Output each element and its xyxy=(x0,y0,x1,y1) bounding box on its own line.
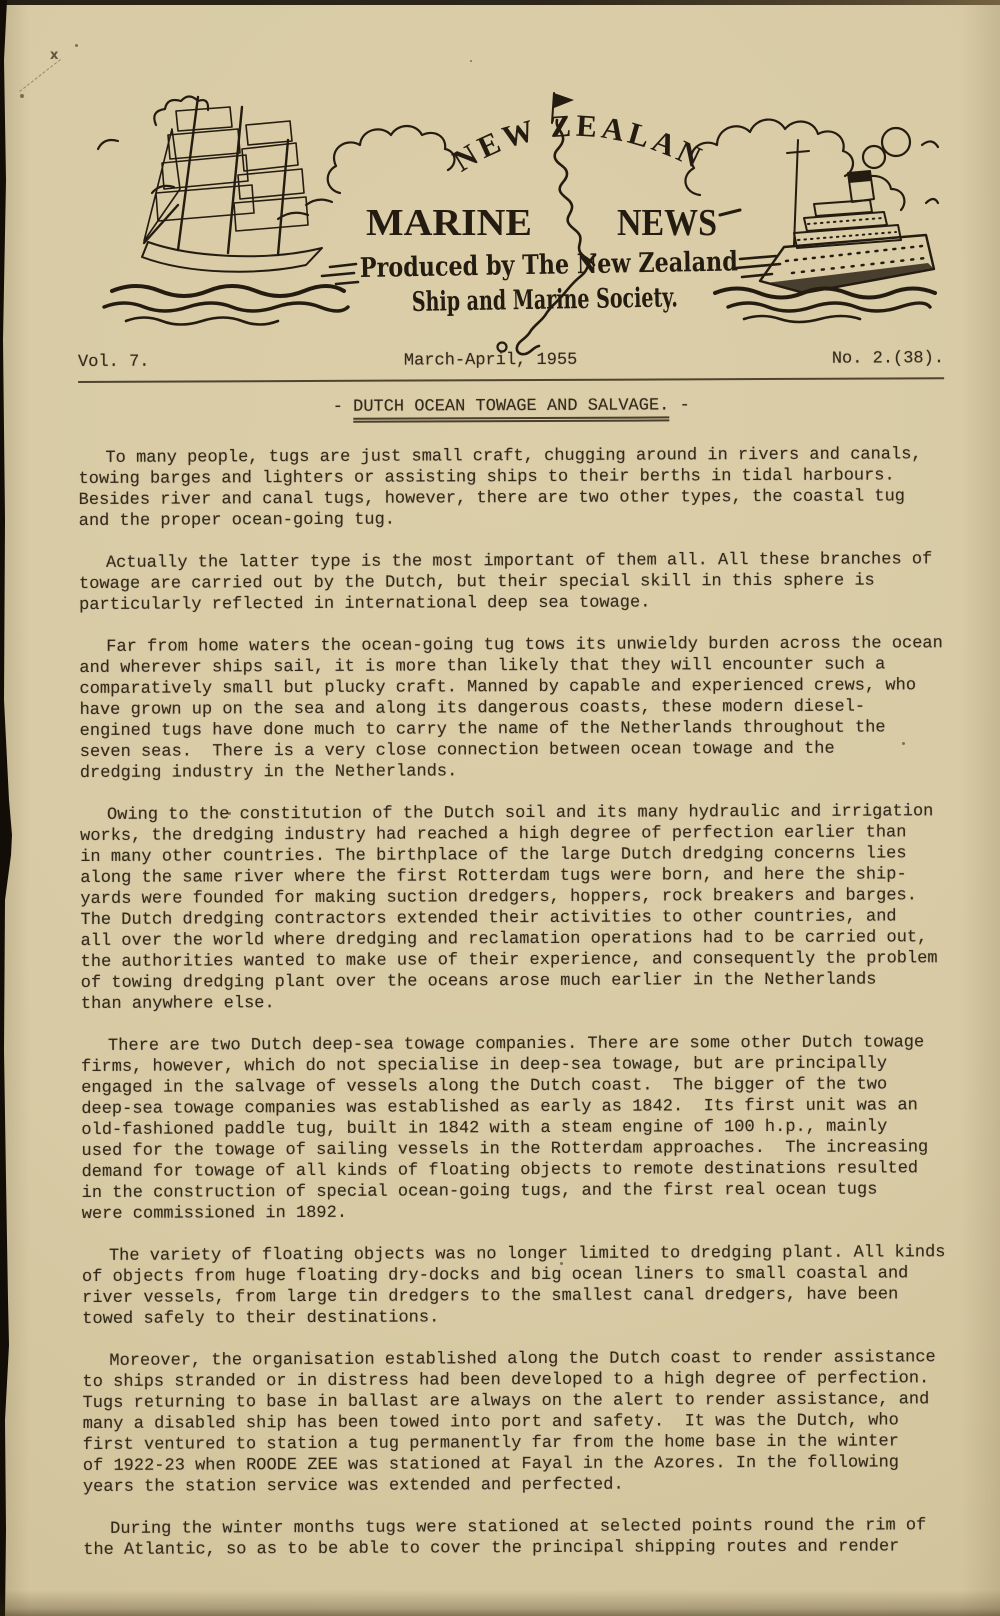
masthead-byline-2: Ship and Marine Society. xyxy=(412,282,679,318)
sailing-ship-drawing xyxy=(104,97,348,325)
text-line: seven seas. There is a very close connec… xyxy=(80,738,946,763)
text-line: towed safely to their destinations. xyxy=(82,1305,948,1330)
paragraph: Moreover, the organisation established a… xyxy=(82,1347,949,1498)
paper-speck xyxy=(470,60,472,62)
document-page: x xyxy=(0,0,1000,1616)
clouds-drawing xyxy=(685,120,938,210)
text-line: dredging industry in the Netherlands. xyxy=(80,759,946,784)
masthead-word-marine: MARINE xyxy=(366,202,532,244)
title-text: DUTCH OCEAN TOWAGE AND SALVAGE. xyxy=(353,396,669,422)
text-line: towage are carried out by the Dutch, but… xyxy=(79,570,945,595)
paragraph: During the winter months tugs were stati… xyxy=(83,1515,949,1561)
steam-liner-drawing xyxy=(715,140,935,322)
paragraph: Owing to the constitution of the Dutch s… xyxy=(80,801,947,1015)
issue-date: March-April, 1955 xyxy=(404,350,578,372)
masthead-word-news: NEWS xyxy=(617,202,717,244)
paper-speck xyxy=(75,44,78,47)
text-line: years the station service was extended a… xyxy=(83,1473,949,1498)
paragraph: To many people, tugs are just small craf… xyxy=(78,444,944,532)
text-line: of 1922-23 when ROODE ZEE was stationed … xyxy=(83,1452,949,1477)
issue-line: Vol. 7. March-April, 1955 No. 2.(38). xyxy=(78,348,944,383)
scan-edge-bottom xyxy=(0,1590,1000,1616)
paragraph: There are two Dutch deep-sea towage comp… xyxy=(81,1032,948,1225)
paragraph: Actually the latter type is the most imp… xyxy=(79,549,945,616)
text-line: of towing dredging plant over the oceans… xyxy=(81,969,947,994)
text-line: than anywhere else. xyxy=(81,990,947,1015)
scan-edge-top xyxy=(0,0,1000,5)
text-line: river vessels, from large tin dredgers t… xyxy=(82,1284,948,1309)
text-line: and the proper ocean-going tug. xyxy=(79,507,945,532)
issue-number: No. 2.(38). xyxy=(832,348,944,369)
pencil-mark xyxy=(19,59,61,92)
typed-content: Vol. 7. March-April, 1955 No. 2.(38). - … xyxy=(78,348,949,1582)
volume-label: Vol. 7. xyxy=(78,352,150,373)
article-body: To many people, tugs are just small craf… xyxy=(78,444,949,1561)
text-line: particularly reflected in international … xyxy=(79,591,945,616)
text-line: in the construction of special ocean-goi… xyxy=(82,1179,948,1204)
masthead-byline-1: Produced by The New Zealand xyxy=(360,246,739,284)
masthead-illustration: NEW ZEALAND MARINE NEWS Produced by The … xyxy=(60,85,940,360)
masthead-arc-title: NEW ZEALAND xyxy=(47,57,711,178)
clouds-drawing xyxy=(98,97,454,220)
title-dash-left: - xyxy=(333,398,353,417)
paragraph: The variety of floating objects was no l… xyxy=(82,1242,948,1330)
masthead: NEW ZEALAND MARINE NEWS Produced by The … xyxy=(60,85,940,360)
article-title: - DUTCH OCEAN TOWAGE AND SALVAGE. - xyxy=(78,394,944,419)
text-line: the Atlantic, so as to be able to cover … xyxy=(83,1536,949,1561)
scan-edge-left xyxy=(0,0,14,1616)
text-line: Besides river and canal tugs, however, t… xyxy=(79,486,945,511)
text-line: were commissioned in 1892. xyxy=(82,1200,948,1225)
title-dash-right: - xyxy=(669,396,689,415)
paper-speck xyxy=(20,94,24,98)
paragraph: Far from home waters the ocean-going tug… xyxy=(79,633,946,784)
